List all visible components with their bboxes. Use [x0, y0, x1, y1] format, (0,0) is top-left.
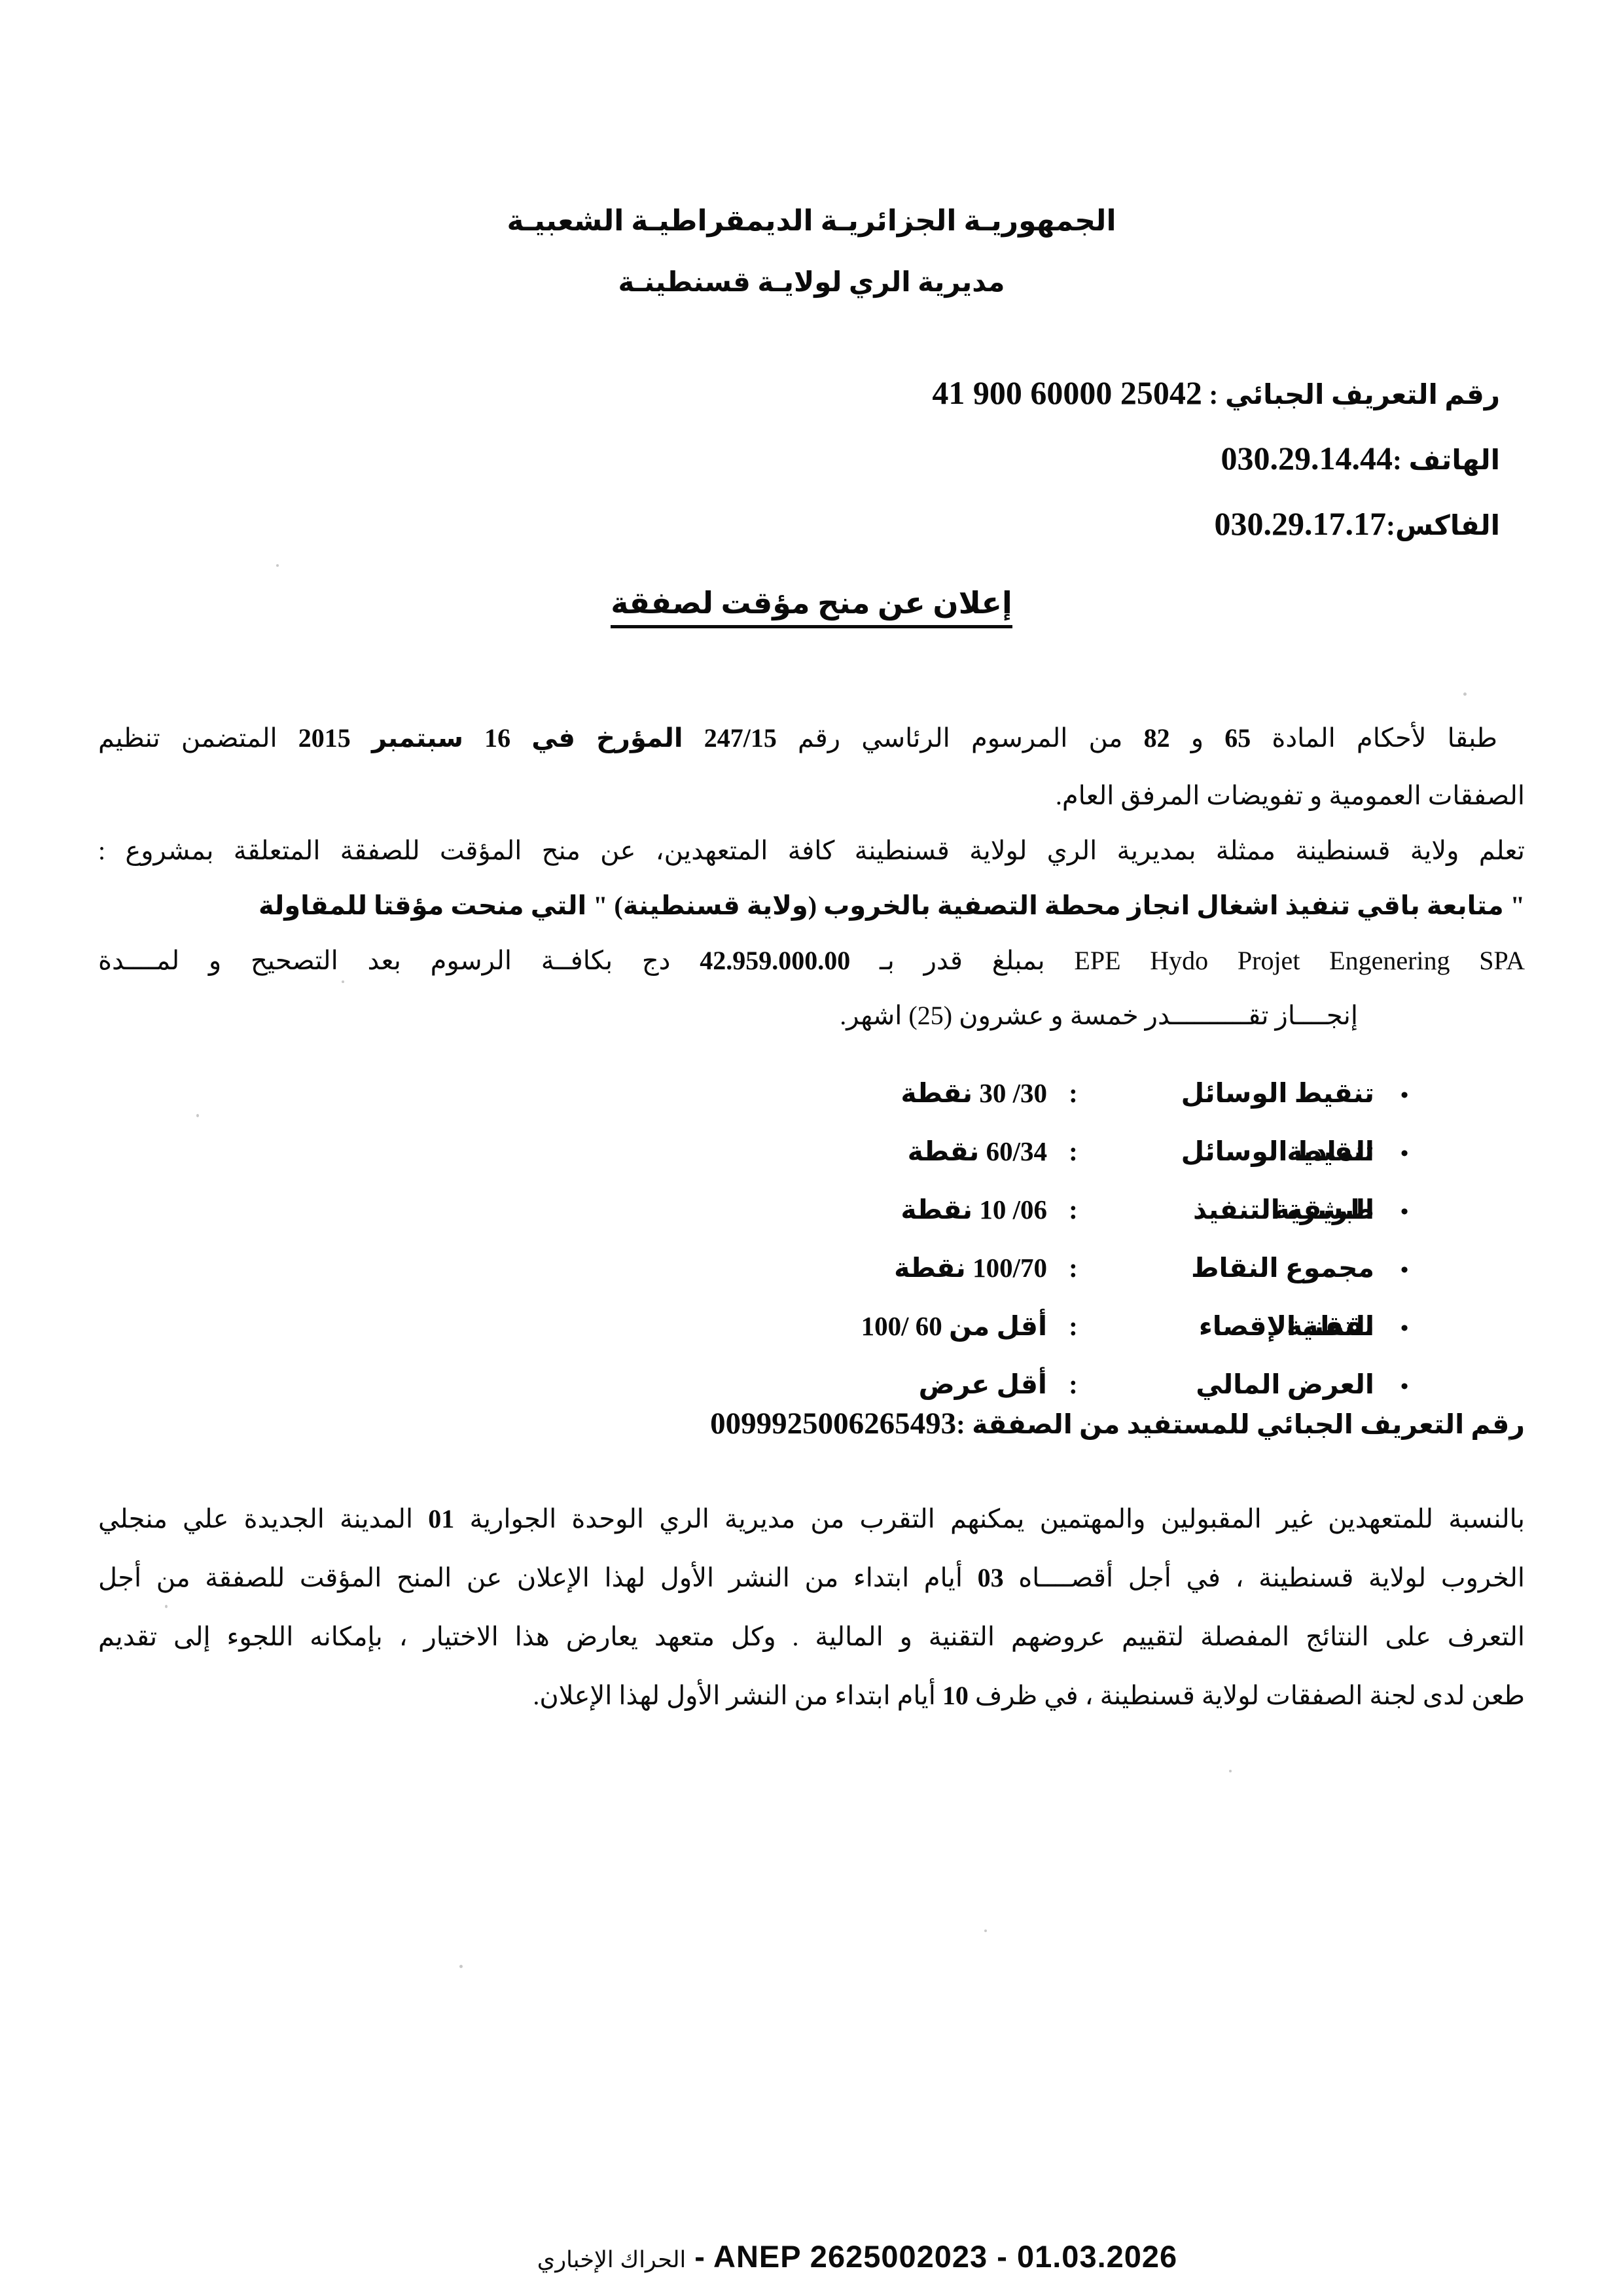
appeal-line-1: بالنسبة للمتعهدين غير المقبولين والمهتمي…	[98, 1490, 1525, 1549]
appeal-line-2: الخروب لولاية قسنطينة ، في أجل أقصــــاه…	[98, 1549, 1525, 1607]
bullet-icon: •	[1374, 1299, 1408, 1357]
days-number: 10	[942, 1681, 969, 1710]
bullet-icon: •	[1374, 1124, 1408, 1183]
separator-colon: :	[1047, 1355, 1099, 1414]
list-item: •تنقيط الوسائل المادية:30/ 30 نقطة	[98, 1064, 1525, 1122]
criterion-score: 30/ 30 نقطة	[901, 1064, 1047, 1122]
scan-speck	[1229, 1770, 1232, 1772]
document-title-row: إعلان عن منح مؤقت لصفقة	[98, 585, 1525, 620]
paragraph-award: تعلم ولاية قسنطينة ممثلة بمديرية الري لو…	[98, 823, 1525, 1043]
header-republic-title: الجمهوريـة الجزائريـة الديمقراطيـة الشعب…	[98, 204, 1525, 238]
tax-id-value: 41 900 60000 25042	[932, 374, 1202, 411]
beneficiary-tax-value: 0099925006265493	[710, 1407, 956, 1441]
header-directorate-title: مديرية الري لولايـة قسنطينـة	[98, 266, 1525, 298]
award-intro-line: تعلم ولاية قسنطينة ممثلة بمديرية الري لو…	[98, 823, 1525, 878]
text-segment: دج بكافــة الرسوم بعد التصحيح و لمــــدة	[98, 946, 700, 975]
criterion-score: 100/70 نقطة	[894, 1239, 1047, 1297]
criterion-score: أقل من 60 /100	[861, 1297, 1047, 1355]
footer-anep-line: الحراك الإخباري - ANEP 2625002023 - 01.0…	[190, 2238, 1525, 2274]
decree-year: 2015	[298, 723, 351, 753]
decree-month: سبتمبر	[351, 723, 484, 753]
decree-line-1: طبقا لأحكام المادة 65 و 82 من المرسوم ال…	[98, 709, 1525, 767]
criterion-label: طريقة التنفيذ	[1099, 1181, 1374, 1239]
criterion-score: 60/34 نقطة	[908, 1122, 1047, 1181]
bullet-icon: •	[1374, 1183, 1408, 1241]
footer-anep-reference: ANEP 2625002023 - 01.03.2026	[713, 2239, 1177, 2274]
separator-colon: :	[1047, 1239, 1099, 1297]
company-amount-line: EPE Hydo Projet Engenering SPA بمبلغ قدر…	[98, 933, 1525, 988]
fax-value: 030.29.17.17	[1215, 505, 1387, 542]
article-number: 65	[1224, 723, 1251, 753]
tax-id-line: رقم التعريف الجبائي : 41 900 60000 25042	[654, 361, 1500, 427]
footer-separator: -	[686, 2239, 713, 2274]
days-number: 03	[978, 1563, 1004, 1592]
criterion-label: العرض المالي	[1099, 1355, 1374, 1414]
text-segment: من المرسوم الرئاسي رقم	[777, 723, 1144, 753]
scan-speck	[459, 1965, 463, 1968]
phone-line: الهاتف :030.29.14.44	[654, 427, 1500, 492]
contract-amount: 42.959.000.00	[700, 946, 850, 975]
text-segment: بمبلغ قدر بـ	[850, 946, 1074, 975]
scan-speck	[196, 1114, 199, 1117]
text-segment: المدينة الجديدة علي منجلي	[98, 1504, 428, 1534]
unit-number: 01	[428, 1504, 454, 1534]
list-item: •نقطة الإقصاء:أقل من 60 /100	[98, 1297, 1525, 1355]
project-title-line: " متابعة باقي تنفيذ اشغال انجاز محطة الت…	[98, 878, 1525, 933]
duration-line: إنجــــاز تقــــــــــدر خمسة و عشرون (2…	[98, 988, 1358, 1043]
scan-speck	[1343, 407, 1346, 410]
document-title: إعلان عن منح مؤقت لصفقة	[611, 586, 1012, 628]
decree-line-2: الصفقات العمومية و تفويضات المرفق العام.	[98, 767, 1525, 825]
bullet-icon: •	[1374, 1241, 1408, 1299]
separator-colon: :	[1047, 1297, 1099, 1355]
separator-colon: :	[1047, 1122, 1099, 1181]
text-segment: المؤرخ في	[510, 723, 704, 753]
text-segment: المتضمن تنظيم	[98, 723, 298, 753]
company-name: EPE Hydo Projet Engenering SPA	[1074, 946, 1525, 975]
decree-day: 16	[484, 723, 510, 753]
paragraph-decree: طبقا لأحكام المادة 65 و 82 من المرسوم ال…	[98, 709, 1525, 825]
list-item: •طريقة التنفيذ:06/ 10 نقطة	[98, 1181, 1525, 1239]
phone-value: 030.29.14.44	[1221, 440, 1393, 476]
scan-speck	[276, 564, 279, 567]
fax-label: الفاكس:	[1386, 511, 1500, 541]
appeal-line-3: التعرف على النتائج المفصلة لتقييم عروضهم…	[98, 1607, 1525, 1666]
text-segment: طبقا لأحكام المادة	[1251, 723, 1497, 753]
list-item: •تنقيط الوسائل البشرية:60/34 نقطة	[98, 1122, 1525, 1181]
phone-label: الهاتف :	[1393, 446, 1500, 476]
list-item: •العرض المالي:أقل عرض	[98, 1355, 1525, 1414]
scan-speck	[984, 1929, 987, 1932]
scan-speck	[1463, 692, 1467, 696]
beneficiary-tax-line: رقم التعريف الجبائي للمستفيد من الصفقة :…	[98, 1406, 1525, 1441]
scanned-announcement-page: الجمهوريـة الجزائريـة الديمقراطيـة الشعب…	[0, 0, 1623, 2296]
criterion-score: أقل عرض	[919, 1355, 1047, 1414]
criterion-label: نقطة الإقصاء	[1099, 1297, 1374, 1355]
paragraph-appeal: بالنسبة للمتعهدين غير المقبولين والمهتمي…	[98, 1490, 1525, 1725]
text-segment: و	[1170, 723, 1225, 753]
article-number: 82	[1144, 723, 1170, 753]
decree-number: 247/15	[704, 723, 777, 753]
beneficiary-tax-label: رقم التعريف الجبائي للمستفيد من الصفقة :	[956, 1409, 1525, 1439]
bullet-icon: •	[1374, 1066, 1408, 1124]
text-segment: بالنسبة للمتعهدين غير المقبولين والمهتمي…	[454, 1504, 1525, 1534]
contact-block: رقم التعريف الجبائي : 41 900 60000 25042…	[654, 361, 1500, 558]
appeal-line-4: طعن لدى لجنة الصفقات لولاية قسنطينة ، في…	[98, 1666, 1525, 1725]
tax-id-label: رقم التعريف الجبائي :	[1202, 380, 1500, 410]
text-segment: طعن لدى لجنة الصفقات لولاية قسنطينة ، في…	[969, 1681, 1525, 1710]
list-item: •مجموع النقاط التقنية:100/70 نقطة	[98, 1239, 1525, 1297]
scan-speck	[1508, 1439, 1511, 1441]
fax-line: الفاكس:030.29.17.17	[654, 492, 1500, 558]
text-segment: أيام ابتداء من النشر الأول لهذا الإعلان.	[533, 1681, 942, 1710]
text-segment: أيام ابتداء من النشر الأول لهذا الإعلان …	[98, 1563, 978, 1592]
separator-colon: :	[1047, 1181, 1099, 1239]
scan-speck	[342, 980, 344, 983]
text-segment: الخروب لولاية قسنطينة ، في أجل أقصــــاه	[1004, 1563, 1525, 1592]
scan-speck	[165, 1605, 168, 1608]
separator-colon: :	[1047, 1064, 1099, 1122]
scoring-list: •تنقيط الوسائل المادية:30/ 30 نقطة •تنقي…	[98, 1064, 1525, 1414]
footer-publisher: الحراك الإخباري	[537, 2247, 686, 2272]
criterion-score: 06/ 10 نقطة	[901, 1181, 1047, 1239]
